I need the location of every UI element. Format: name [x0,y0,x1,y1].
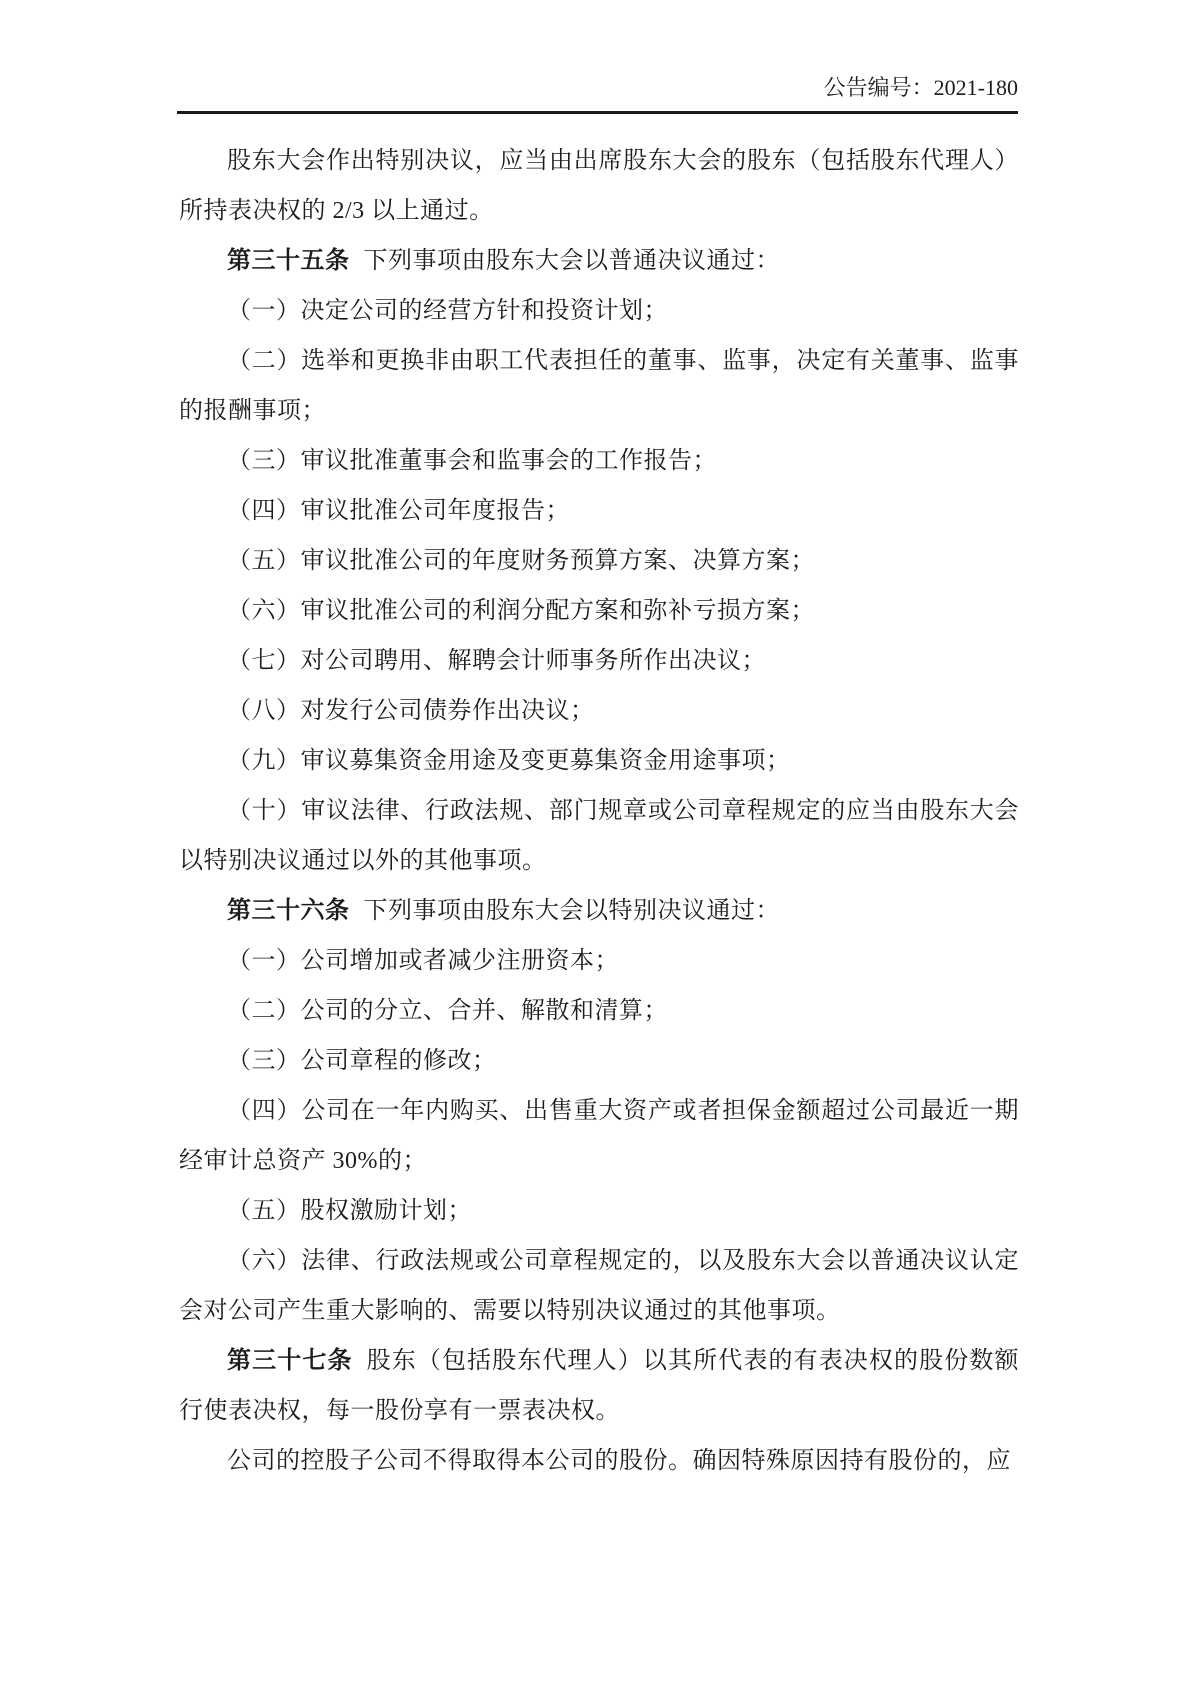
paragraph: （四）审议批准公司年度报告； [179,486,1019,536]
paragraph: 第三十五条下列事项由股东大会以普通决议通过： [179,236,1019,286]
header-rule [177,111,1018,114]
paragraph: （九）审议募集资金用途及变更募集资金用途事项； [179,736,1019,786]
paragraph: （四）公司在一年内购买、出售重大资产或者担保金额超过公司最近一期经审计总资产 3… [179,1086,1019,1186]
paragraph: 股东大会作出特别决议，应当由出席股东大会的股东（包括股东代理人）所持表决权的 2… [179,136,1019,236]
paragraph: （三）公司章程的修改； [179,1036,1019,1086]
paragraph: （一）公司增加或者减少注册资本； [179,936,1019,986]
article-number: 第三十六条 [227,898,350,924]
article-number: 第三十七条 [227,1348,353,1374]
paragraph: （六）法律、行政法规或公司章程规定的，以及股东大会以普通决议认定会对公司产生重大… [179,1236,1019,1336]
paragraph: 第三十七条股东（包括股东代理人）以其所代表的有表决权的股份数额行使表决权，每一股… [179,1336,1019,1436]
paragraph: （一）决定公司的经营方针和投资计划； [179,286,1019,336]
document-body: 股东大会作出特别决议，应当由出席股东大会的股东（包括股东代理人）所持表决权的 2… [179,136,1019,1486]
article-number: 第三十五条 [227,248,350,274]
paragraph: 第三十六条下列事项由股东大会以特别决议通过： [179,886,1019,936]
paragraph: （六）审议批准公司的利润分配方案和弥补亏损方案； [179,586,1019,636]
document-page: 公告编号：2021-180 股东大会作出特别决议，应当由出席股东大会的股东（包括… [0,0,1199,1696]
paragraph: （二）选举和更换非由职工代表担任的董事、监事，决定有关董事、监事的报酬事项； [179,336,1019,436]
paragraph: （八）对发行公司债券作出决议； [179,686,1019,736]
announcement-number: 公告编号：2021-180 [824,74,1018,102]
paragraph: （五）股权激励计划； [179,1186,1019,1236]
paragraph: （二）公司的分立、合并、解散和清算； [179,986,1019,1036]
paragraph: （七）对公司聘用、解聘会计师事务所作出决议； [179,636,1019,686]
paragraph: （五）审议批准公司的年度财务预算方案、决算方案； [179,536,1019,586]
paragraph: 公司的控股子公司不得取得本公司的股份。确因特殊原因持有股份的，应 [179,1436,1019,1486]
paragraph: （三）审议批准董事会和监事会的工作报告； [179,436,1019,486]
paragraph: （十）审议法律、行政法规、部门规章或公司章程规定的应当由股东大会以特别决议通过以… [179,786,1019,886]
